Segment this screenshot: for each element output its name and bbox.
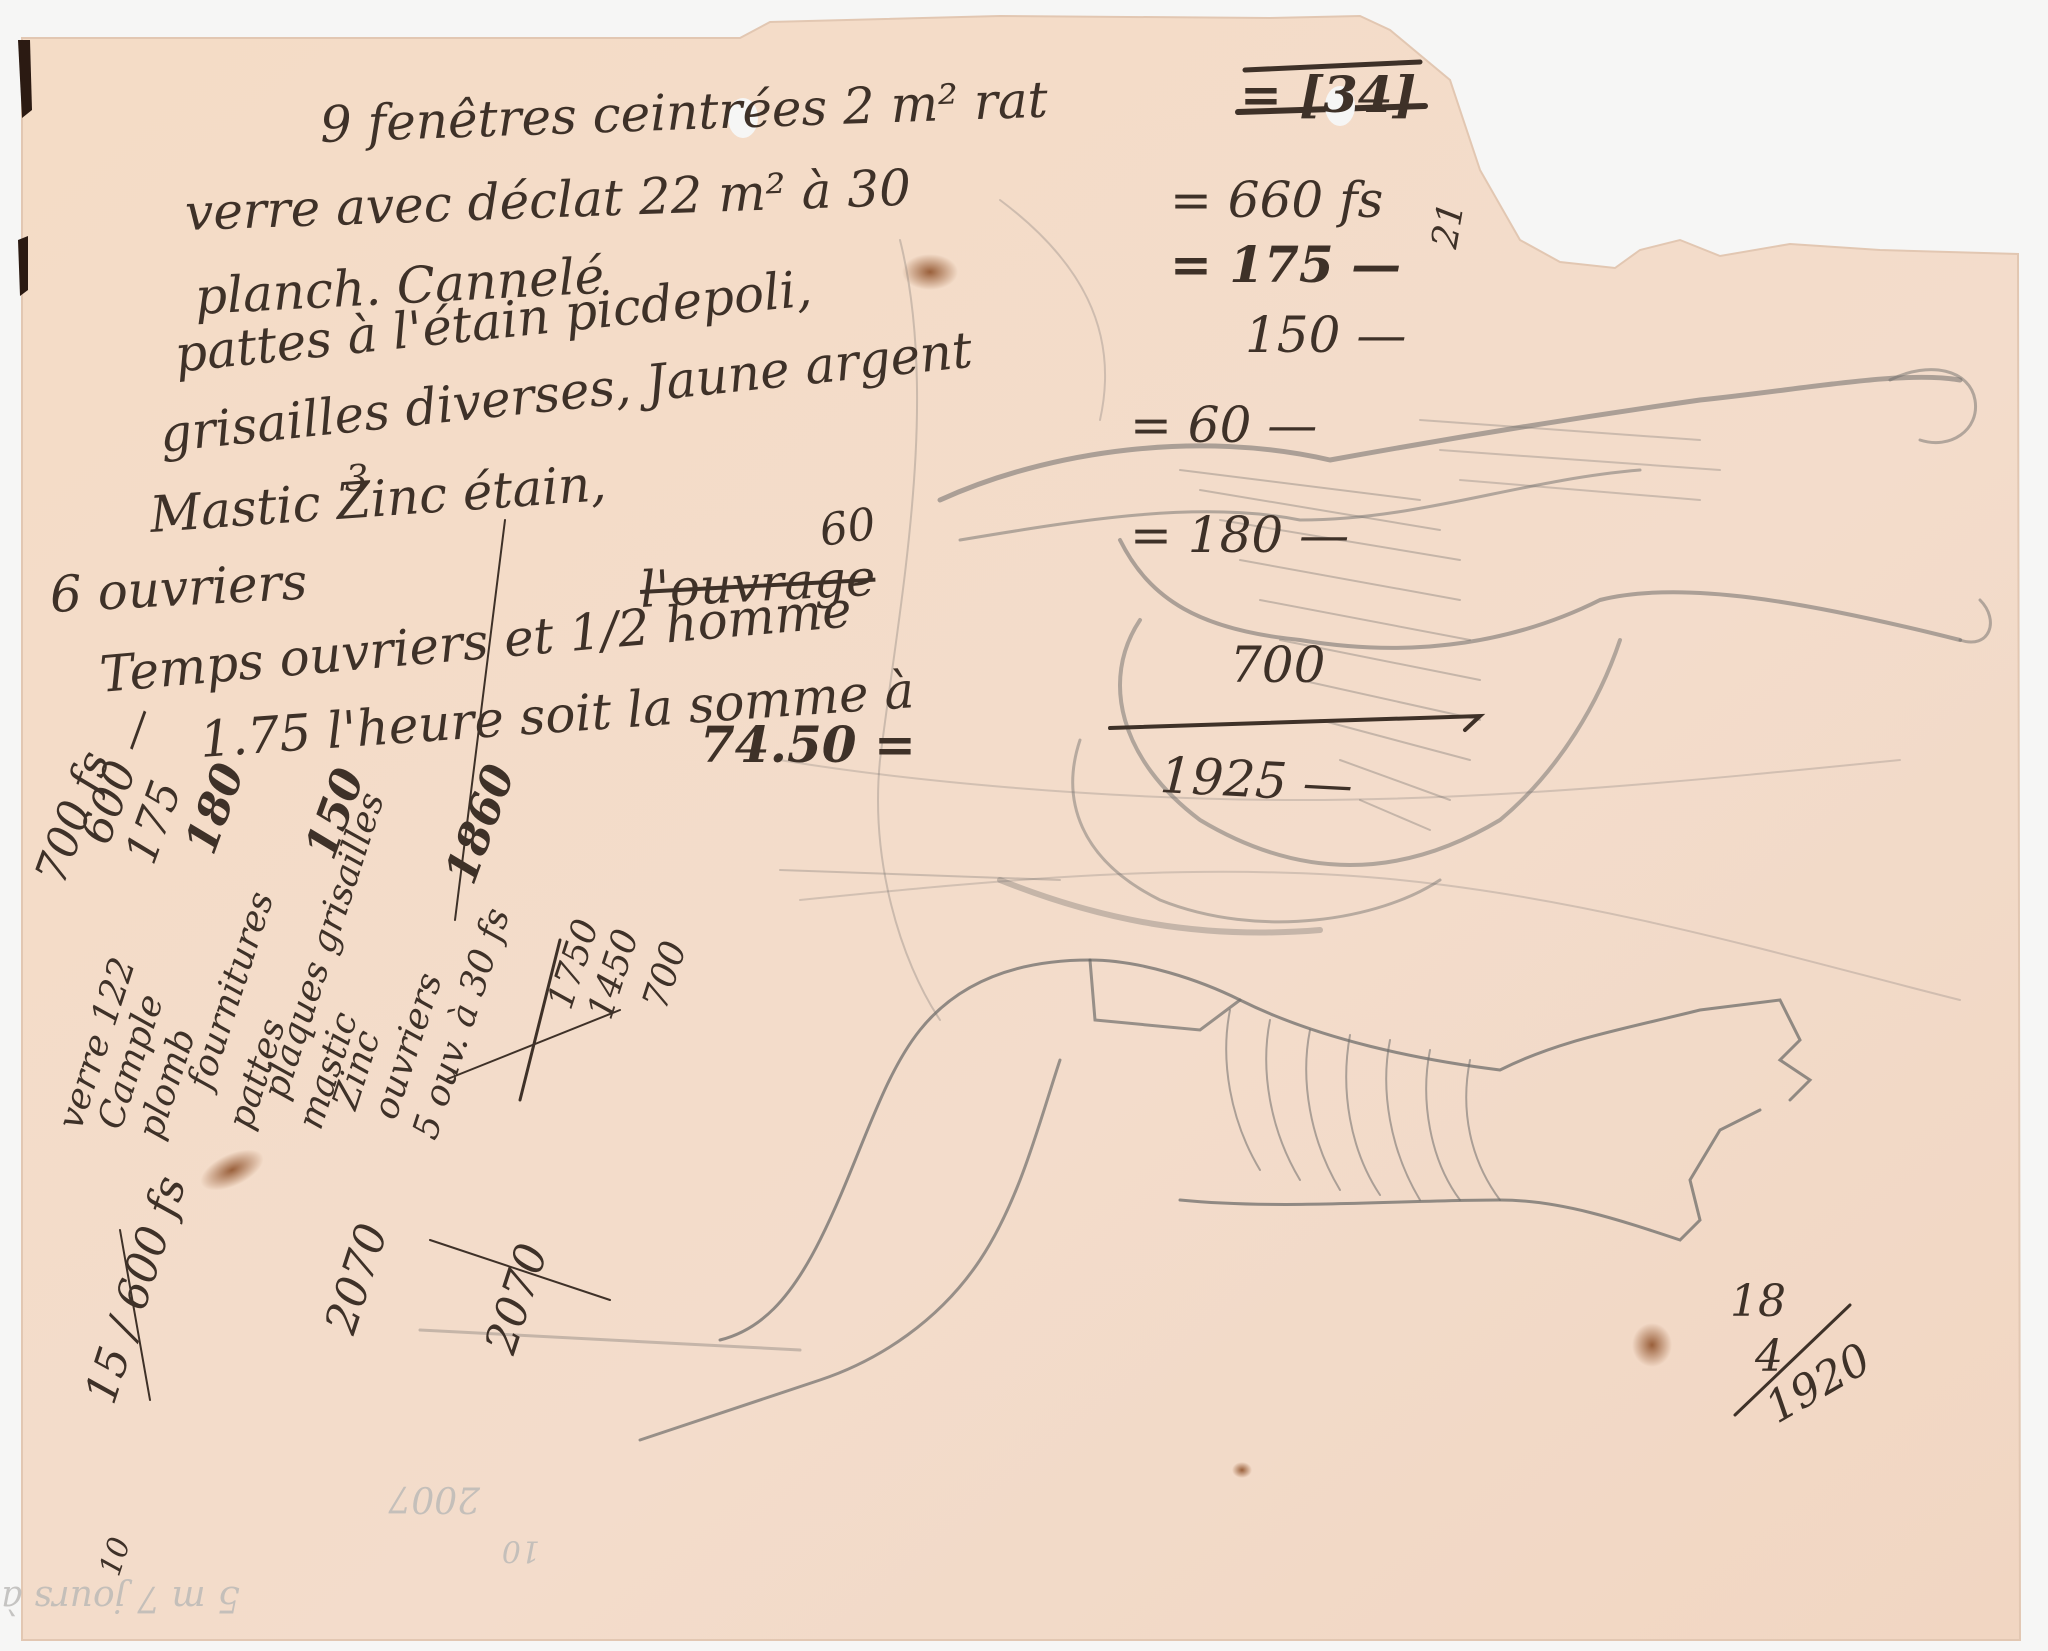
- estimate-line-7: 6 ouvriers: [49, 557, 309, 620]
- estimate-amount-6: = 180 —: [1130, 510, 1349, 560]
- estimate-amount-1: = [34]: [1240, 70, 1416, 120]
- estimate-amount-5: = 60 —: [1130, 400, 1317, 450]
- estimate-amount-2: = 660 fs: [1170, 175, 1383, 225]
- manuscript-page: 9 fenêtres ceintrées 2 m² rat = [34] ver…: [0, 0, 2048, 1651]
- date-day: 18: [1730, 1280, 1786, 1324]
- stain: [1632, 1323, 1672, 1367]
- estimate-amount-3: = 175 —: [1170, 240, 1401, 290]
- estimate-amount-9: 74.50 =: [700, 720, 916, 770]
- faint-pencil-note: 5 m 7 jours à 105: [0, 1580, 240, 1616]
- estimate-total: 1925 —: [1159, 750, 1354, 810]
- stain: [902, 254, 958, 290]
- faint-pencil-note: 2007: [388, 1480, 480, 1516]
- estimate-extra-700: 700: [1230, 640, 1325, 690]
- date-month: 4: [1755, 1335, 1783, 1379]
- superscript-three: 3: [345, 462, 368, 498]
- faint-pencil-note: 10: [502, 1535, 540, 1565]
- estimate-amount-7: 60: [817, 502, 879, 553]
- estimate-amount-4: 150 —: [1245, 310, 1406, 360]
- edge-burn: [18, 40, 32, 118]
- side-number: 21: [1427, 200, 1470, 251]
- stain: [1232, 1462, 1252, 1478]
- edge-burn: [18, 236, 28, 296]
